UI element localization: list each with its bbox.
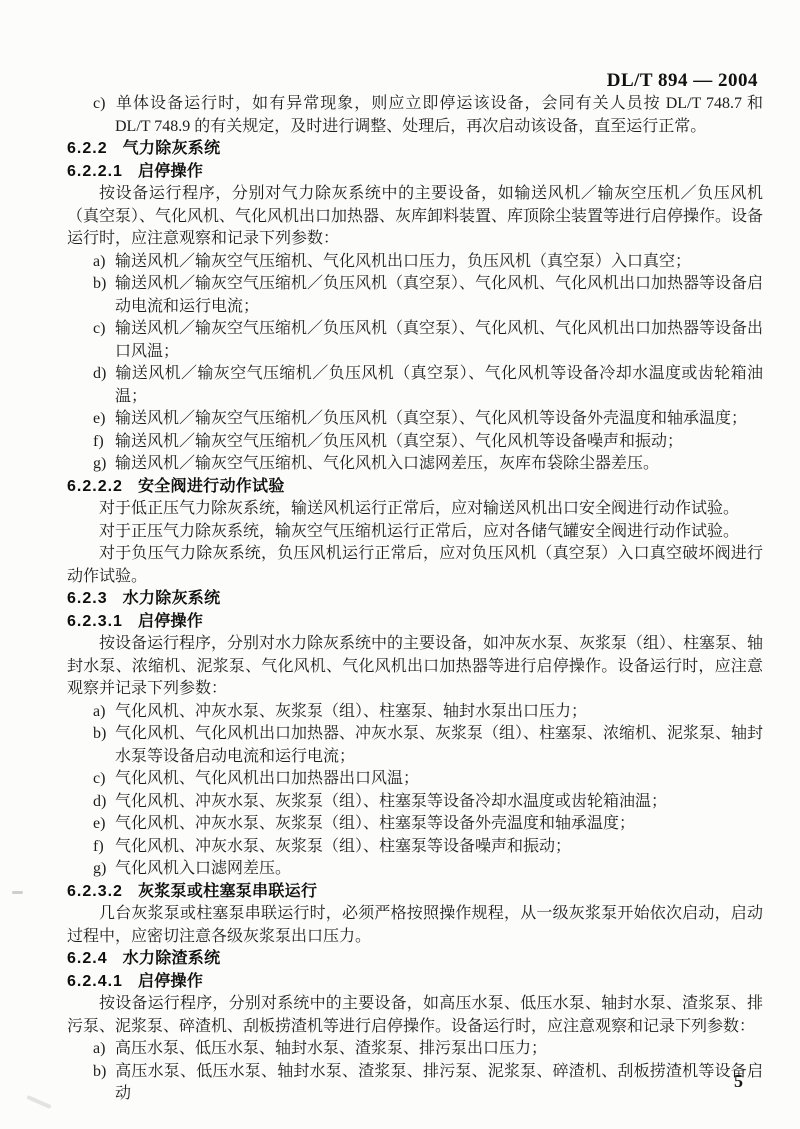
- list-item-marker: d): [93, 791, 115, 814]
- section-number: 6.2.4.1: [67, 971, 123, 994]
- list-item-text: 输送风机／输灰空气压缩机、气化风机入口滤网差压，灰库布袋除尘器差压。: [115, 455, 659, 472]
- section-title: 启停操作: [138, 163, 203, 180]
- list-item: g)气化风机入口滤网差压。: [67, 858, 763, 881]
- section-title: 水力除渣系统: [123, 950, 221, 967]
- section-number: 6.2.3.2: [67, 881, 123, 904]
- list-item: c)气化风机、气化风机出口加热器出口风温；: [67, 768, 763, 791]
- list-item-text: 输送风机／输灰空气压缩机／负压风机（真空泵）、气化风机等设备噪声和振动；: [115, 433, 683, 450]
- section-title: 气力除灰系统: [123, 140, 221, 157]
- paragraph: 按设备运行程序，分别对水力除灰系统中的主要设备，如冲灰水泵、灰浆泵（组）、柱塞泵…: [67, 633, 763, 701]
- section-title: 安全阀进行动作试验: [138, 478, 285, 495]
- list-item: a)气化风机、冲灰水泵、灰浆泵（组）、柱塞泵、轴封水泵出口压力；: [67, 701, 763, 724]
- list-item: c)单体设备运行时，如有异常现象，则应立即停运该设备，会同有关人员按 DL/T …: [67, 93, 763, 138]
- list-item-text: 气化风机、冲灰水泵、灰浆泵（组）、柱塞泵、轴封水泵出口压力；: [115, 703, 587, 720]
- paragraph: 对于低正压气力除灰系统，输送风机运行正常后，应对输送风机出口安全阀进行动作试验。: [67, 498, 763, 521]
- list-item: b)气化风机、气化风机出口加热器、冲灰水泵、灰浆泵（组）、柱塞泵、浓缩机、泥浆泵…: [67, 723, 763, 768]
- section-heading: 6.2.4.1启停操作: [67, 971, 763, 994]
- list-item-marker: b): [93, 723, 115, 746]
- list-item: d)气化风机、冲灰水泵、灰浆泵（组）、柱塞泵等设备冷却水温度或齿轮箱油温；: [67, 791, 763, 814]
- list-item-marker: g): [93, 858, 115, 881]
- paragraph: 对于负压气力除灰系统，负压风机运行正常后，应对负压风机（真空泵）入口真空破坏阀进…: [67, 543, 763, 588]
- list-item-marker: g): [93, 453, 115, 476]
- list-item-marker: b): [93, 273, 115, 296]
- list-item: g)输送风机／输灰空气压缩机、气化风机入口滤网差压，灰库布袋除尘器差压。: [67, 453, 763, 476]
- document-body: c)单体设备运行时，如有异常现象，则应立即停运该设备，会同有关人员按 DL/T …: [67, 93, 763, 1106]
- section-number: 6.2.2: [67, 138, 108, 161]
- list-item: e)输送风机／输灰空气压缩机／负压风机（真空泵）、气化风机等设备外壳温度和轴承温…: [67, 408, 763, 431]
- list-item-text: 气化风机、冲灰水泵、灰浆泵（组）、柱塞泵等设备噪声和振动；: [115, 838, 571, 855]
- section-title: 灰浆泵或柱塞泵串联运行: [138, 883, 317, 900]
- section-number: 6.2.3.1: [67, 611, 123, 634]
- list-item-marker: c): [93, 318, 115, 341]
- list-item-marker: f): [93, 836, 115, 859]
- paragraph: 对于正压气力除灰系统，输灰空气压缩机运行正常后，应对各储气罐安全阀进行动作试验。: [67, 521, 763, 544]
- list-item-text: 气化风机、气化风机出口加热器出口风温；: [115, 770, 419, 787]
- list-item: f)输送风机／输灰空气压缩机／负压风机（真空泵）、气化风机等设备噪声和振动；: [67, 431, 763, 454]
- paragraph: 按设备运行程序，分别对气力除灰系统中的主要设备，如输送风机／输灰空压机／负压风机…: [67, 183, 763, 251]
- list-item-text: 输送风机／输灰空气压缩机／负压风机（真空泵）、气化风机等设备冷却水温度或齿轮箱油…: [115, 365, 763, 405]
- list-item-text: 气化风机入口滤网差压。: [115, 860, 291, 877]
- paragraph: 几台灰浆泵或柱塞泵串联运行时，必须严格按照操作规程，从一级灰浆泵开始依次启动，启…: [67, 903, 763, 948]
- list-item-text: 高压水泵、低压水泵、轴封水泵、渣浆泵、排污泵出口压力；: [115, 1040, 547, 1057]
- section-number: 6.2.2.2: [67, 476, 123, 499]
- list-item-marker: a): [93, 701, 115, 724]
- list-item: c)输送风机／输灰空气压缩机／负压风机（真空泵）、气化风机、气化风机出口加热器等…: [67, 318, 763, 363]
- list-item-text: 高压水泵、低压水泵、轴封水泵、渣浆泵、排污泵、泥浆泵、碎渣机、刮板捞渣机等设备启…: [115, 1063, 763, 1103]
- section-heading: 6.2.3.2灰浆泵或柱塞泵串联运行: [67, 881, 763, 904]
- section-heading: 6.2.2.2安全阀进行动作试验: [67, 476, 763, 499]
- standard-number-header: DL/T 894 — 2004: [607, 70, 758, 92]
- list-item-text: 气化风机、气化风机出口加热器、冲灰水泵、灰浆泵（组）、柱塞泵、浓缩机、泥浆泵、轴…: [115, 725, 763, 765]
- list-item-text: 单体设备运行时，如有异常现象，则应立即停运该设备，会同有关人员按 DL/T 74…: [115, 95, 763, 135]
- list-item-text: 输送风机／输灰空气压缩机／负压风机（真空泵）、气化风机、气化风机出口加热器等设备…: [115, 320, 763, 360]
- section-number: 6.2.2.1: [67, 161, 123, 184]
- list-item-text: 输送风机／输灰空气压缩机／负压风机（真空泵）、气化风机、气化风机出口加热器等设备…: [115, 275, 763, 315]
- scan-artifact: [12, 891, 23, 894]
- list-item-marker: c): [93, 768, 115, 791]
- scanned-document-page: DL/T 894 — 2004 c)单体设备运行时，如有异常现象，则应立即停运该…: [0, 0, 800, 1129]
- list-item-text: 气化风机、冲灰水泵、灰浆泵（组）、柱塞泵等设备冷却水温度或齿轮箱油温；: [115, 793, 667, 810]
- section-heading: 6.2.4水力除渣系统: [67, 948, 763, 971]
- list-item-marker: e): [93, 408, 115, 431]
- list-item: f)气化风机、冲灰水泵、灰浆泵（组）、柱塞泵等设备噪声和振动；: [67, 836, 763, 859]
- scan-artifact: [26, 1095, 51, 1109]
- list-item: a)输送风机／输灰空气压缩机、气化风机出口压力，负压风机（真空泵）入口真空；: [67, 251, 763, 274]
- section-title: 水力除灰系统: [123, 590, 221, 607]
- list-item-text: 气化风机、冲灰水泵、灰浆泵（组）、柱塞泵等设备外壳温度和轴承温度；: [115, 815, 635, 832]
- list-item: e)气化风机、冲灰水泵、灰浆泵（组）、柱塞泵等设备外壳温度和轴承温度；: [67, 813, 763, 836]
- section-number: 6.2.4: [67, 948, 108, 971]
- section-heading: 6.2.3.1启停操作: [67, 611, 763, 634]
- section-number: 6.2.3: [67, 588, 108, 611]
- list-item-marker: f): [93, 431, 115, 454]
- list-item-marker: c): [93, 93, 115, 116]
- list-item: b)输送风机／输灰空气压缩机／负压风机（真空泵）、气化风机、气化风机出口加热器等…: [67, 273, 763, 318]
- section-heading: 6.2.2.1启停操作: [67, 161, 763, 184]
- list-item: a)高压水泵、低压水泵、轴封水泵、渣浆泵、排污泵出口压力；: [67, 1038, 763, 1061]
- list-item-marker: e): [93, 813, 115, 836]
- page-number: 5: [734, 1071, 743, 1092]
- list-item-text: 输送风机／输灰空气压缩机／负压风机（真空泵）、气化风机等设备外壳温度和轴承温度；: [115, 410, 747, 427]
- list-item-marker: b): [93, 1061, 115, 1084]
- list-item-marker: a): [93, 1038, 115, 1061]
- list-item-text: 输送风机／输灰空气压缩机、气化风机出口压力，负压风机（真空泵）入口真空；: [115, 253, 691, 270]
- section-heading: 6.2.2气力除灰系统: [67, 138, 763, 161]
- section-heading: 6.2.3水力除灰系统: [67, 588, 763, 611]
- list-item: b)高压水泵、低压水泵、轴封水泵、渣浆泵、排污泵、泥浆泵、碎渣机、刮板捞渣机等设…: [67, 1061, 763, 1106]
- paragraph: 按设备运行程序，分别对系统中的主要设备，如高压水泵、低压水泵、轴封水泵、渣浆泵、…: [67, 993, 763, 1038]
- section-title: 启停操作: [138, 973, 203, 990]
- section-title: 启停操作: [138, 613, 203, 630]
- list-item-marker: d): [93, 363, 115, 386]
- list-item: d)输送风机／输灰空气压缩机／负压风机（真空泵）、气化风机等设备冷却水温度或齿轮…: [67, 363, 763, 408]
- list-item-marker: a): [93, 251, 115, 274]
